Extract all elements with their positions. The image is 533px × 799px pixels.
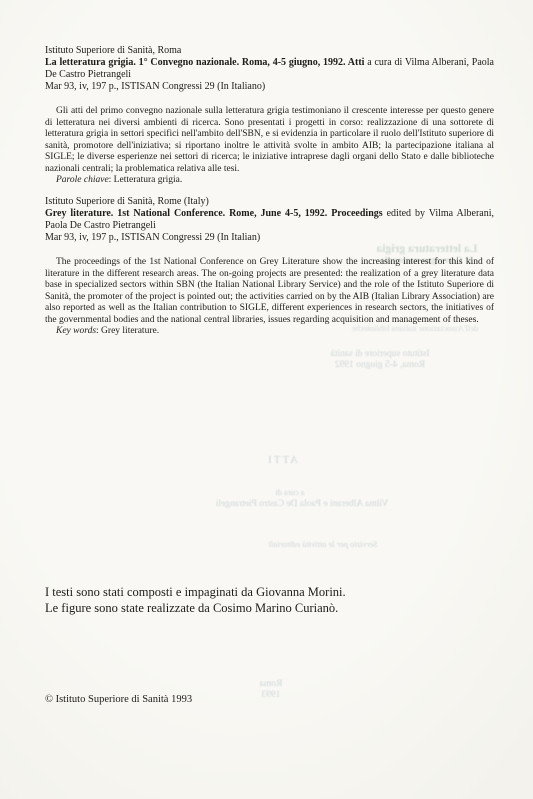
keywords-label: Parole chiave [56, 175, 109, 185]
credit-figures: Le figure sono state realizzate da Cosim… [45, 601, 505, 617]
ghost-showthrough-line: Roma [242, 679, 300, 689]
record-institution: Istituto Superiore di Sanità, Rome (Ital… [45, 196, 494, 208]
record-abstract: The proceedings of the 1st National Conf… [45, 257, 494, 326]
scanned-page: La letteratura grigia 1° Convegno nazion… [0, 0, 533, 799]
keywords-value: : Grey literature. [96, 326, 159, 336]
record-english: Istituto Superiore di Sanità, Rome (Ital… [45, 196, 494, 338]
record-title: La letteratura grigia. 1° Convegno nazio… [45, 57, 494, 81]
production-credits: I testi sono stati composti e impaginati… [45, 585, 505, 616]
credit-typesetting: I testi sono stati composti e impaginati… [45, 585, 505, 601]
record-italian: Istituto Superiore di Sanità, Roma La le… [45, 45, 494, 187]
record-keywords: Key words: Grey literature. [45, 326, 494, 338]
ghost-showthrough-line: 1993 [242, 690, 300, 700]
record-title: Grey literature. 1st National Conference… [45, 208, 494, 232]
ghost-showthrough-line: Roma, 4-5 giugno 1992 [305, 360, 455, 370]
ghost-showthrough-line: Servizio per le attività editoriali [248, 539, 398, 549]
copyright-line: © Istituto Superiore di Sanità 1993 [45, 694, 192, 706]
ghost-showthrough-line: a cura di [248, 487, 332, 497]
record-imprint: Mar 93, iv, 197 p., ISTISAN Congressi 29… [45, 81, 494, 93]
record-abstract: Gli atti del primo convegno nazionale su… [45, 106, 494, 175]
record-title-bold: Grey literature. 1st National Conference… [45, 208, 383, 219]
record-title-bold: La letteratura grigia. 1° Convegno nazio… [45, 57, 364, 68]
ghost-showthrough-line: ATTI [250, 454, 314, 466]
ghost-showthrough-line: Istituto superiore di sanità [305, 349, 455, 359]
record-keywords: Parole chiave: Letteratura grigia. [45, 175, 494, 187]
keywords-value: : Letteratura grigia. [109, 175, 183, 185]
ghost-showthrough-line: Vilma Alberani e Paola De Castro Pietran… [192, 499, 412, 509]
record-imprint: Mar 93, iv, 197 p., ISTISAN Congressi 29… [45, 232, 494, 244]
record-institution: Istituto Superiore di Sanità, Roma [45, 45, 494, 57]
keywords-label: Key words [56, 326, 96, 336]
